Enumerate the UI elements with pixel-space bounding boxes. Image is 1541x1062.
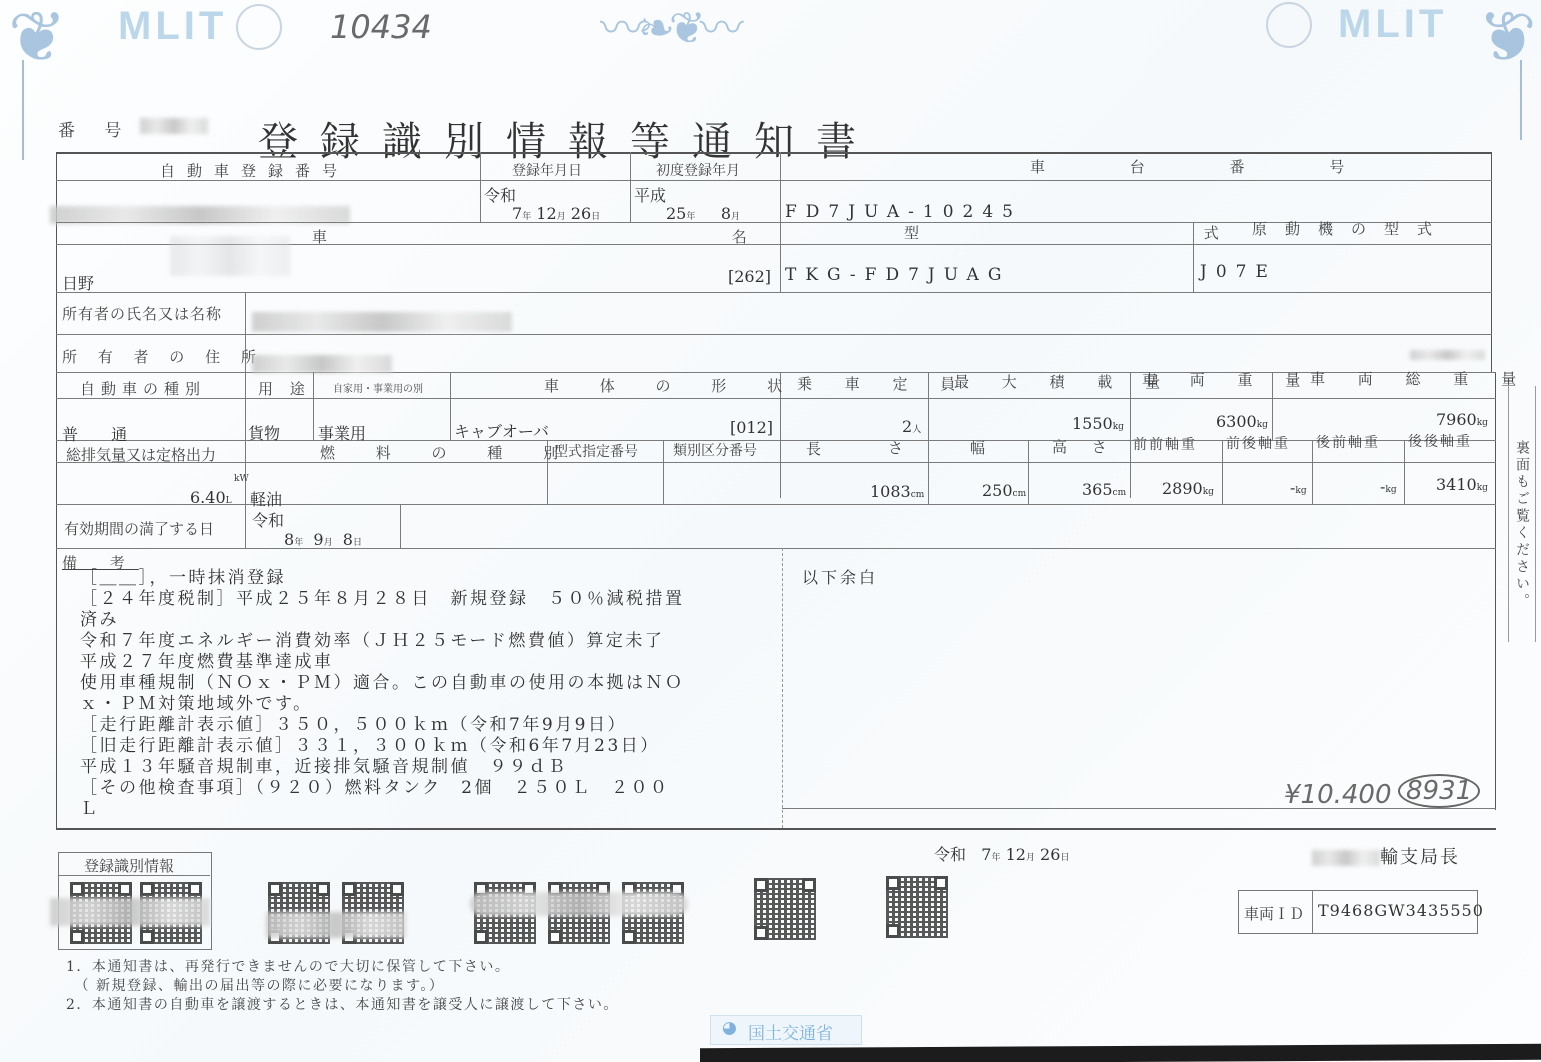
watermark-mlit-right: MLIT — [1338, 2, 1447, 47]
gross-weight-label: 車 両 総 重 量 — [1310, 368, 1530, 389]
issue-date-month: 12 — [1006, 845, 1026, 864]
width-label: 幅 — [970, 437, 991, 458]
remarks-right-bottom — [782, 808, 1496, 809]
type-designation-label: 型式指定番号 — [554, 441, 638, 461]
unit-kg: kg — [1203, 487, 1214, 497]
ornament-left-border — [22, 60, 24, 160]
seal-right-icon — [1266, 2, 1312, 48]
col-divider — [313, 372, 314, 440]
fr-axle-label: 前後軸重 — [1226, 433, 1290, 453]
unit-kg: kg — [1257, 420, 1268, 430]
private-business: 事業用 — [318, 421, 366, 444]
registration-date-year: 7 — [512, 204, 522, 223]
max-load: 1550kg — [1072, 414, 1124, 433]
private-business-label: 自家用・事業用の別 — [333, 380, 423, 395]
fuel: 軽油 — [250, 487, 282, 510]
displacement-label: 総排気量又は定格出力 — [66, 444, 216, 465]
registration-date-month: 12 — [536, 204, 556, 223]
ff-axle-value: 2890 — [1162, 479, 1203, 498]
number-label: 番 号 — [58, 116, 133, 141]
remarks-line: ［２４年度税制］平成２５年８月２８日 新規登録 ５０％減税措置 — [80, 589, 685, 610]
body-shape: キャブオーバ — [454, 419, 549, 442]
owner-middle-line — [56, 334, 1492, 335]
unit-month: 月 — [557, 212, 566, 222]
length-label-1: 長 — [806, 438, 827, 459]
rr-axle: 3410kg — [1436, 475, 1488, 494]
owner-address-redacted — [252, 355, 392, 373]
qr-redacted — [50, 898, 210, 926]
remarks-line: ［＿＿］，一時抹消登録 — [80, 568, 685, 589]
category-number-label: 類別区分番号 — [673, 440, 757, 460]
unit-day: 日 — [353, 538, 362, 548]
unit-day: 日 — [1060, 853, 1069, 863]
remarks-text: ［＿＿］，一時抹消登録 ［２４年度税制］平成２５年８月２８日 新規登録 ５０％減… — [80, 568, 685, 820]
handwritten-number: 10434 — [330, 8, 432, 46]
capacity-unit: 人 — [912, 425, 921, 435]
issue-date-day: 26 — [1040, 845, 1060, 864]
col-divider — [1028, 440, 1029, 504]
qr-redacted — [266, 912, 406, 938]
remarks-line: Ｌ — [80, 799, 685, 820]
owner-address-label: 所 有 者 の 住 所 — [62, 346, 264, 367]
table-top-border — [56, 152, 1492, 154]
height: 365cm — [1082, 480, 1126, 499]
height-value: 365 — [1082, 480, 1113, 499]
ministry-name: 国土交通省 — [748, 1019, 833, 1044]
chassis-number-label: 車 台 番 号 — [1030, 156, 1384, 177]
table-right-border — [1491, 152, 1492, 372]
remarks-line: ［その他検査事項］（９２０）燃料タンク 2個 ２５０Ｌ ２００ — [80, 778, 685, 799]
remarks-line: 済み — [80, 610, 685, 631]
col-divider — [663, 440, 664, 504]
use-label: 用 途 — [258, 378, 311, 399]
vehicle-type: 普 通 — [62, 422, 141, 445]
footer-notes: 1．本通知書は、再発行できませんので大切に保管して下さい。 （ 新規登録、輸出の… — [66, 958, 619, 1015]
chassis-number: FD7JUA-10245 — [785, 202, 1022, 222]
expiry-bottom-line — [56, 548, 1496, 549]
ornament-top-right-icon: ❦ — [1478, 2, 1537, 72]
rf-axle: -kg — [1380, 477, 1397, 496]
vehicle-name: 日野 — [62, 271, 94, 294]
capacity-value: 2 — [902, 417, 912, 436]
vehicle-id: T9468GW3435550 — [1318, 901, 1484, 920]
max-load-value: 1550 — [1072, 414, 1113, 433]
rr-axle-value: 3410 — [1436, 475, 1477, 494]
length-value: 1083 — [870, 482, 911, 501]
unit-cm: cm — [1113, 488, 1127, 498]
rr-axle-label: 後後軸重 — [1408, 431, 1472, 451]
body-shape-label: 車 体 の 形 状 — [544, 375, 800, 396]
expiry-year: 8 — [284, 530, 294, 549]
handwritten-circled: 8931 — [1398, 774, 1480, 808]
owner-top-line — [56, 292, 1492, 293]
registration-date: 7年 12月 26日 — [512, 204, 600, 223]
expiry-date: 8年 9月 8日 — [284, 530, 362, 549]
handwritten-amount: ¥10.400 — [1284, 780, 1392, 810]
ministry-logo-icon: ◕ — [722, 1018, 737, 1038]
expiry-day: 8 — [343, 530, 353, 549]
qr-box-line — [58, 875, 210, 876]
ornament-right-border — [1520, 60, 1522, 140]
unit-kg: kg — [1385, 485, 1396, 495]
length-label-2: さ — [888, 437, 909, 458]
first-registration-year: 25 — [666, 204, 686, 223]
footer-note: 2．本通知書の自動車を譲渡するときは、本通知書を譲受人に譲渡して下さい。 — [66, 996, 619, 1015]
body-shape-code: [012] — [730, 418, 773, 437]
qr-redacted — [470, 892, 688, 916]
displacement: 6.40L — [190, 488, 232, 507]
registration-date-label: 登録年月日 — [512, 160, 582, 180]
issuer-suffix: 輸支局長 — [1380, 843, 1460, 869]
unit-year: 年 — [522, 212, 531, 222]
capacity: 2人 — [902, 417, 921, 436]
first-registration-era: 平成 — [634, 183, 666, 206]
displacement-value: 6.40 — [190, 488, 226, 507]
vehicle-id-divider — [1312, 890, 1313, 933]
first-registration-month: 8 — [721, 204, 731, 223]
vehicle-name-code: [262] — [728, 267, 771, 286]
col-divider — [1404, 440, 1405, 504]
width: 250cm — [982, 481, 1026, 500]
first-registration-label: 初度登録年月 — [656, 160, 740, 180]
registration-date-day: 26 — [571, 204, 591, 223]
unit-year: 年 — [294, 538, 303, 548]
gross-weight: 7960kg — [1436, 410, 1488, 429]
issuer-redacted — [1312, 850, 1380, 866]
col-divider — [400, 504, 401, 548]
unit-kg: kg — [1295, 486, 1306, 496]
remarks-divider — [782, 548, 783, 828]
engine-model-label: 原動機の型式 — [1252, 218, 1450, 239]
qr-code-icon — [886, 876, 948, 938]
ff-axle-label: 前前軸重 — [1133, 434, 1197, 454]
remarks-line: ［走行距離計表示値］３５０，５００ｋｍ（令和7年9月9日） — [80, 715, 685, 736]
remarks-line: 平成２７年度燃費基準達成車 — [80, 652, 685, 673]
footer-note: （ 新規登録、輸出の届出等の際に必要になります。） — [66, 977, 619, 996]
model: TKG-FD7JUAG — [785, 265, 1010, 285]
expiry-label: 有効期間の満了する日 — [64, 518, 214, 539]
unit-day: 日 — [591, 212, 600, 222]
owner-name-label: 所有者の氏名又は名称 — [62, 303, 222, 324]
owner-name-redacted — [252, 312, 512, 332]
issue-date-era: 令和 — [934, 845, 966, 864]
vehicle-weight: 6300kg — [1216, 412, 1268, 431]
table-right-border-lower — [1495, 372, 1496, 810]
ff-axle: 2890kg — [1162, 479, 1214, 498]
vehicle-weight-value: 6300 — [1216, 412, 1257, 431]
table-left-border — [56, 152, 57, 830]
fuel-label: 燃 料 の 種 別 — [320, 442, 576, 463]
unit-year: 年 — [991, 853, 1000, 863]
displacement-unit: L — [226, 496, 232, 506]
vehicle-id-label: 車両ＩＤ — [1244, 903, 1304, 924]
ornament-top-center-icon: 〰❧❦〰 — [600, 0, 738, 56]
capacity-label: 乗 車 定 員 — [797, 373, 969, 394]
registration-date-era: 令和 — [484, 183, 516, 206]
col-divider — [1222, 440, 1223, 504]
blank-below: 以下余白 — [802, 565, 878, 588]
unit-cm: cm — [911, 490, 925, 500]
document-title: 登録識別情報等通知書 — [258, 110, 878, 167]
remarks-line: ［旧走行距離計表示値］３３１，３００ｋｍ（令和6年7月23日） — [80, 736, 685, 757]
owner-address-code-redacted — [1410, 350, 1485, 360]
qr-box-label: 登録識別情報 — [84, 855, 174, 876]
fr-axle: -kg — [1290, 478, 1307, 497]
expiry-era: 令和 — [252, 508, 284, 531]
watermark-mlit-left: MLIT — [118, 4, 227, 49]
width-value: 250 — [982, 481, 1013, 500]
col-divider — [480, 152, 481, 222]
first-registration-date: 25年 8月 — [666, 204, 740, 223]
vehicle-name-redacted — [170, 236, 290, 276]
col-divider — [928, 440, 929, 504]
vehicle-type-label: 自動車の種別 — [80, 378, 206, 399]
unit-cm: cm — [1013, 489, 1027, 499]
unit-month: 月 — [731, 212, 740, 222]
unit-month: 月 — [324, 538, 333, 548]
seal-left-icon — [236, 4, 282, 50]
expiry-month: 9 — [313, 530, 323, 549]
col-divider — [630, 152, 631, 222]
unit-year: 年 — [686, 212, 695, 222]
registration-number-label: 自動車登録番号 — [160, 160, 349, 181]
qr-code-icon — [754, 878, 816, 940]
use: 貨物 — [248, 421, 280, 444]
unit-kg: kg — [1477, 483, 1488, 493]
side-note: 裏面もご覧ください。 — [1512, 440, 1532, 610]
length: 1083cm — [870, 482, 924, 501]
displacement-unit-top: kW — [234, 474, 249, 484]
engine-model: J07E — [1200, 262, 1277, 282]
gross-weight-value: 7960 — [1436, 410, 1477, 429]
ornament-top-left-icon: ❦ — [8, 2, 67, 72]
unit-month: 月 — [1026, 853, 1035, 863]
vehicle-name-label: 車 名 — [312, 226, 947, 247]
footer-note: 1．本通知書は、再発行できませんので大切に保管して下さい。 — [66, 958, 619, 977]
issue-date: 令和 7年 12月 26日 — [934, 842, 1069, 865]
rf-axle-label: 後前軸重 — [1316, 432, 1380, 452]
unit-kg: kg — [1477, 418, 1488, 428]
remarks-line: 平成１３年騒音規制車，近接排気騒音規制値 ９９ｄＢ — [80, 757, 685, 778]
col-divider — [450, 372, 451, 440]
col-divider — [245, 372, 246, 548]
remarks-bottom-line — [56, 828, 1496, 830]
issue-date-year: 7 — [981, 845, 991, 864]
remarks-line: 令和７年度エネルギー消費効率（ＪＨ２５モード燃費値）算定未了 — [80, 631, 685, 652]
vehicle-weight-label: 車 両 重 量 — [1142, 369, 1314, 390]
row4-header-line — [56, 462, 1496, 463]
number-redacted — [140, 118, 208, 134]
remarks-line: ｘ・ＰＭ対策地域外です。 — [80, 694, 685, 715]
height-label: 高 さ — [1052, 436, 1117, 457]
unit-kg: kg — [1113, 422, 1124, 432]
remarks-line: 使用車種規制（ＮＯｘ・ＰＭ）適合。この自動車の使用の本拠はＮＯ — [80, 673, 685, 694]
col-divider — [1312, 440, 1313, 504]
